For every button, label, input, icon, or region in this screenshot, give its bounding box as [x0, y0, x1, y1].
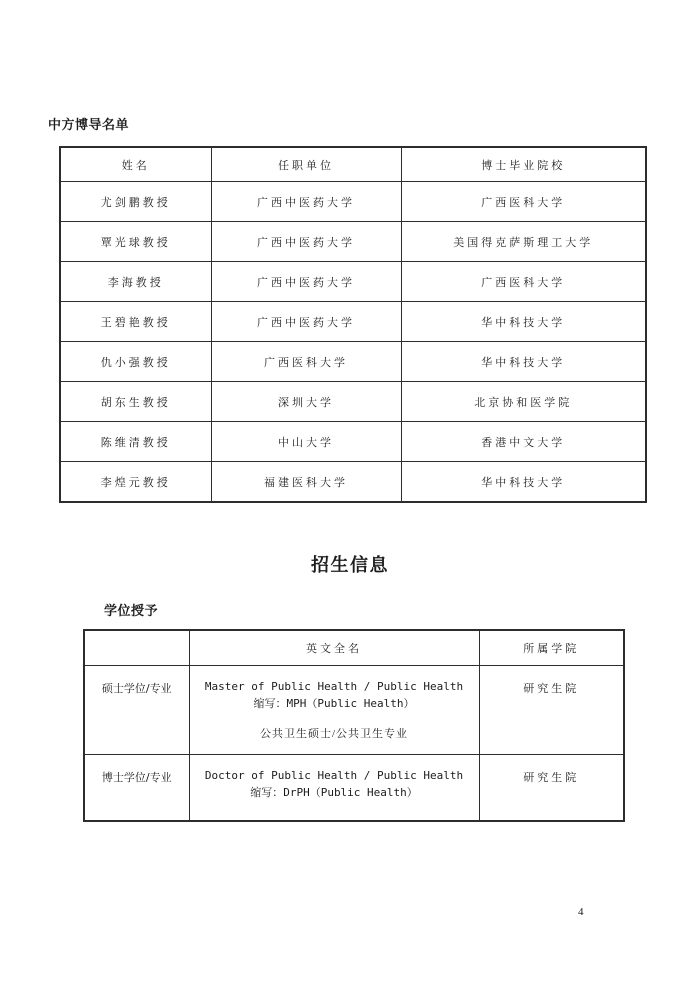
supervisors-header-employer: 任职单位 — [211, 147, 401, 182]
table-row: 胡东生教授 深圳大学 北京协和医学院 — [60, 382, 646, 422]
degree-college: 研究生院 — [479, 755, 624, 821]
table-cell: 美国得克萨斯理工大学 — [401, 222, 646, 262]
table-cell: 胡东生教授 — [60, 382, 211, 422]
table-cell: 王碧艳教授 — [60, 302, 211, 342]
table-cell: 广西医科大学 — [211, 342, 401, 382]
degree-chinese-line: 公共卫生硕士/公共卫生专业 — [191, 727, 478, 742]
degrees-header-college: 所属学院 — [479, 630, 624, 666]
degree-label-doctor: 博士学位/专业 — [84, 755, 189, 821]
degree-college: 研究生院 — [479, 666, 624, 755]
table-row: 博士学位/专业 Doctor of Public Health / Public… — [84, 755, 624, 821]
table-cell: 华中科技大学 — [401, 342, 646, 382]
table-cell: 深圳大学 — [211, 382, 401, 422]
degree-abbrev-line: 缩写：DrPH（Public Health） — [191, 784, 478, 801]
table-cell: 广西中医药大学 — [211, 302, 401, 342]
table-cell: 李煌元教授 — [60, 462, 211, 503]
supervisors-table: 姓名 任职单位 博士毕业院校 尤剑鹏教授 广西中医药大学 广西医科大学 覃光球教… — [59, 146, 647, 503]
supervisors-section-title: 中方博导名单 — [48, 114, 129, 133]
table-cell: 福建医科大学 — [211, 462, 401, 503]
table-cell: 广西医科大学 — [401, 262, 646, 302]
table-cell: 尤剑鹏教授 — [60, 182, 211, 222]
supervisors-header-name: 姓名 — [60, 147, 211, 182]
degrees-header-blank — [84, 630, 189, 666]
table-row: 王碧艳教授 广西中医药大学 华中科技大学 — [60, 302, 646, 342]
table-cell: 中山大学 — [211, 422, 401, 462]
table-row: 李煌元教授 福建医科大学 华中科技大学 — [60, 462, 646, 503]
degrees-header-row: 英文全名 所属学院 — [84, 630, 624, 666]
document-page: 中方博导名单 姓名 任职单位 博士毕业院校 尤剑鹏教授 广西中医药大学 广西医科… — [0, 0, 700, 989]
table-cell: 香港中文大学 — [401, 422, 646, 462]
table-row: 李海教授 广西中医药大学 广西医科大学 — [60, 262, 646, 302]
table-cell: 广西中医药大学 — [211, 182, 401, 222]
table-cell: 华中科技大学 — [401, 302, 646, 342]
table-cell: 陈维清教授 — [60, 422, 211, 462]
degree-detail-doctor: Doctor of Public Health / Public Health … — [189, 755, 479, 821]
table-cell: 覃光球教授 — [60, 222, 211, 262]
page-number: 4 — [578, 906, 584, 918]
degree-english-line: Master of Public Health / Public Health — [191, 678, 478, 695]
supervisors-header-row: 姓名 任职单位 博士毕业院校 — [60, 147, 646, 182]
table-row: 仇小强教授 广西医科大学 华中科技大学 — [60, 342, 646, 382]
table-row: 覃光球教授 广西中医药大学 美国得克萨斯理工大学 — [60, 222, 646, 262]
degree-label-master: 硕士学位/专业 — [84, 666, 189, 755]
table-row: 尤剑鹏教授 广西中医药大学 广西医科大学 — [60, 182, 646, 222]
admissions-section-title: 招生信息 — [0, 551, 700, 577]
table-cell: 李海教授 — [60, 262, 211, 302]
degrees-header-english-name: 英文全名 — [189, 630, 479, 666]
table-cell: 广西中医药大学 — [211, 222, 401, 262]
supervisors-header-phd-school: 博士毕业院校 — [401, 147, 646, 182]
degrees-subsection-title: 学位授予 — [104, 600, 158, 619]
degree-english-line: Doctor of Public Health / Public Health — [191, 767, 478, 784]
table-cell: 广西中医药大学 — [211, 262, 401, 302]
table-row: 硕士学位/专业 Master of Public Health / Public… — [84, 666, 624, 755]
table-cell: 仇小强教授 — [60, 342, 211, 382]
table-cell: 华中科技大学 — [401, 462, 646, 503]
degree-detail-master: Master of Public Health / Public Health … — [189, 666, 479, 755]
table-cell: 广西医科大学 — [401, 182, 646, 222]
degree-abbrev-line: 缩写：MPH（Public Health） — [191, 695, 478, 712]
degrees-table: 英文全名 所属学院 硕士学位/专业 Master of Public Healt… — [83, 629, 625, 822]
table-row: 陈维清教授 中山大学 香港中文大学 — [60, 422, 646, 462]
table-cell: 北京协和医学院 — [401, 382, 646, 422]
